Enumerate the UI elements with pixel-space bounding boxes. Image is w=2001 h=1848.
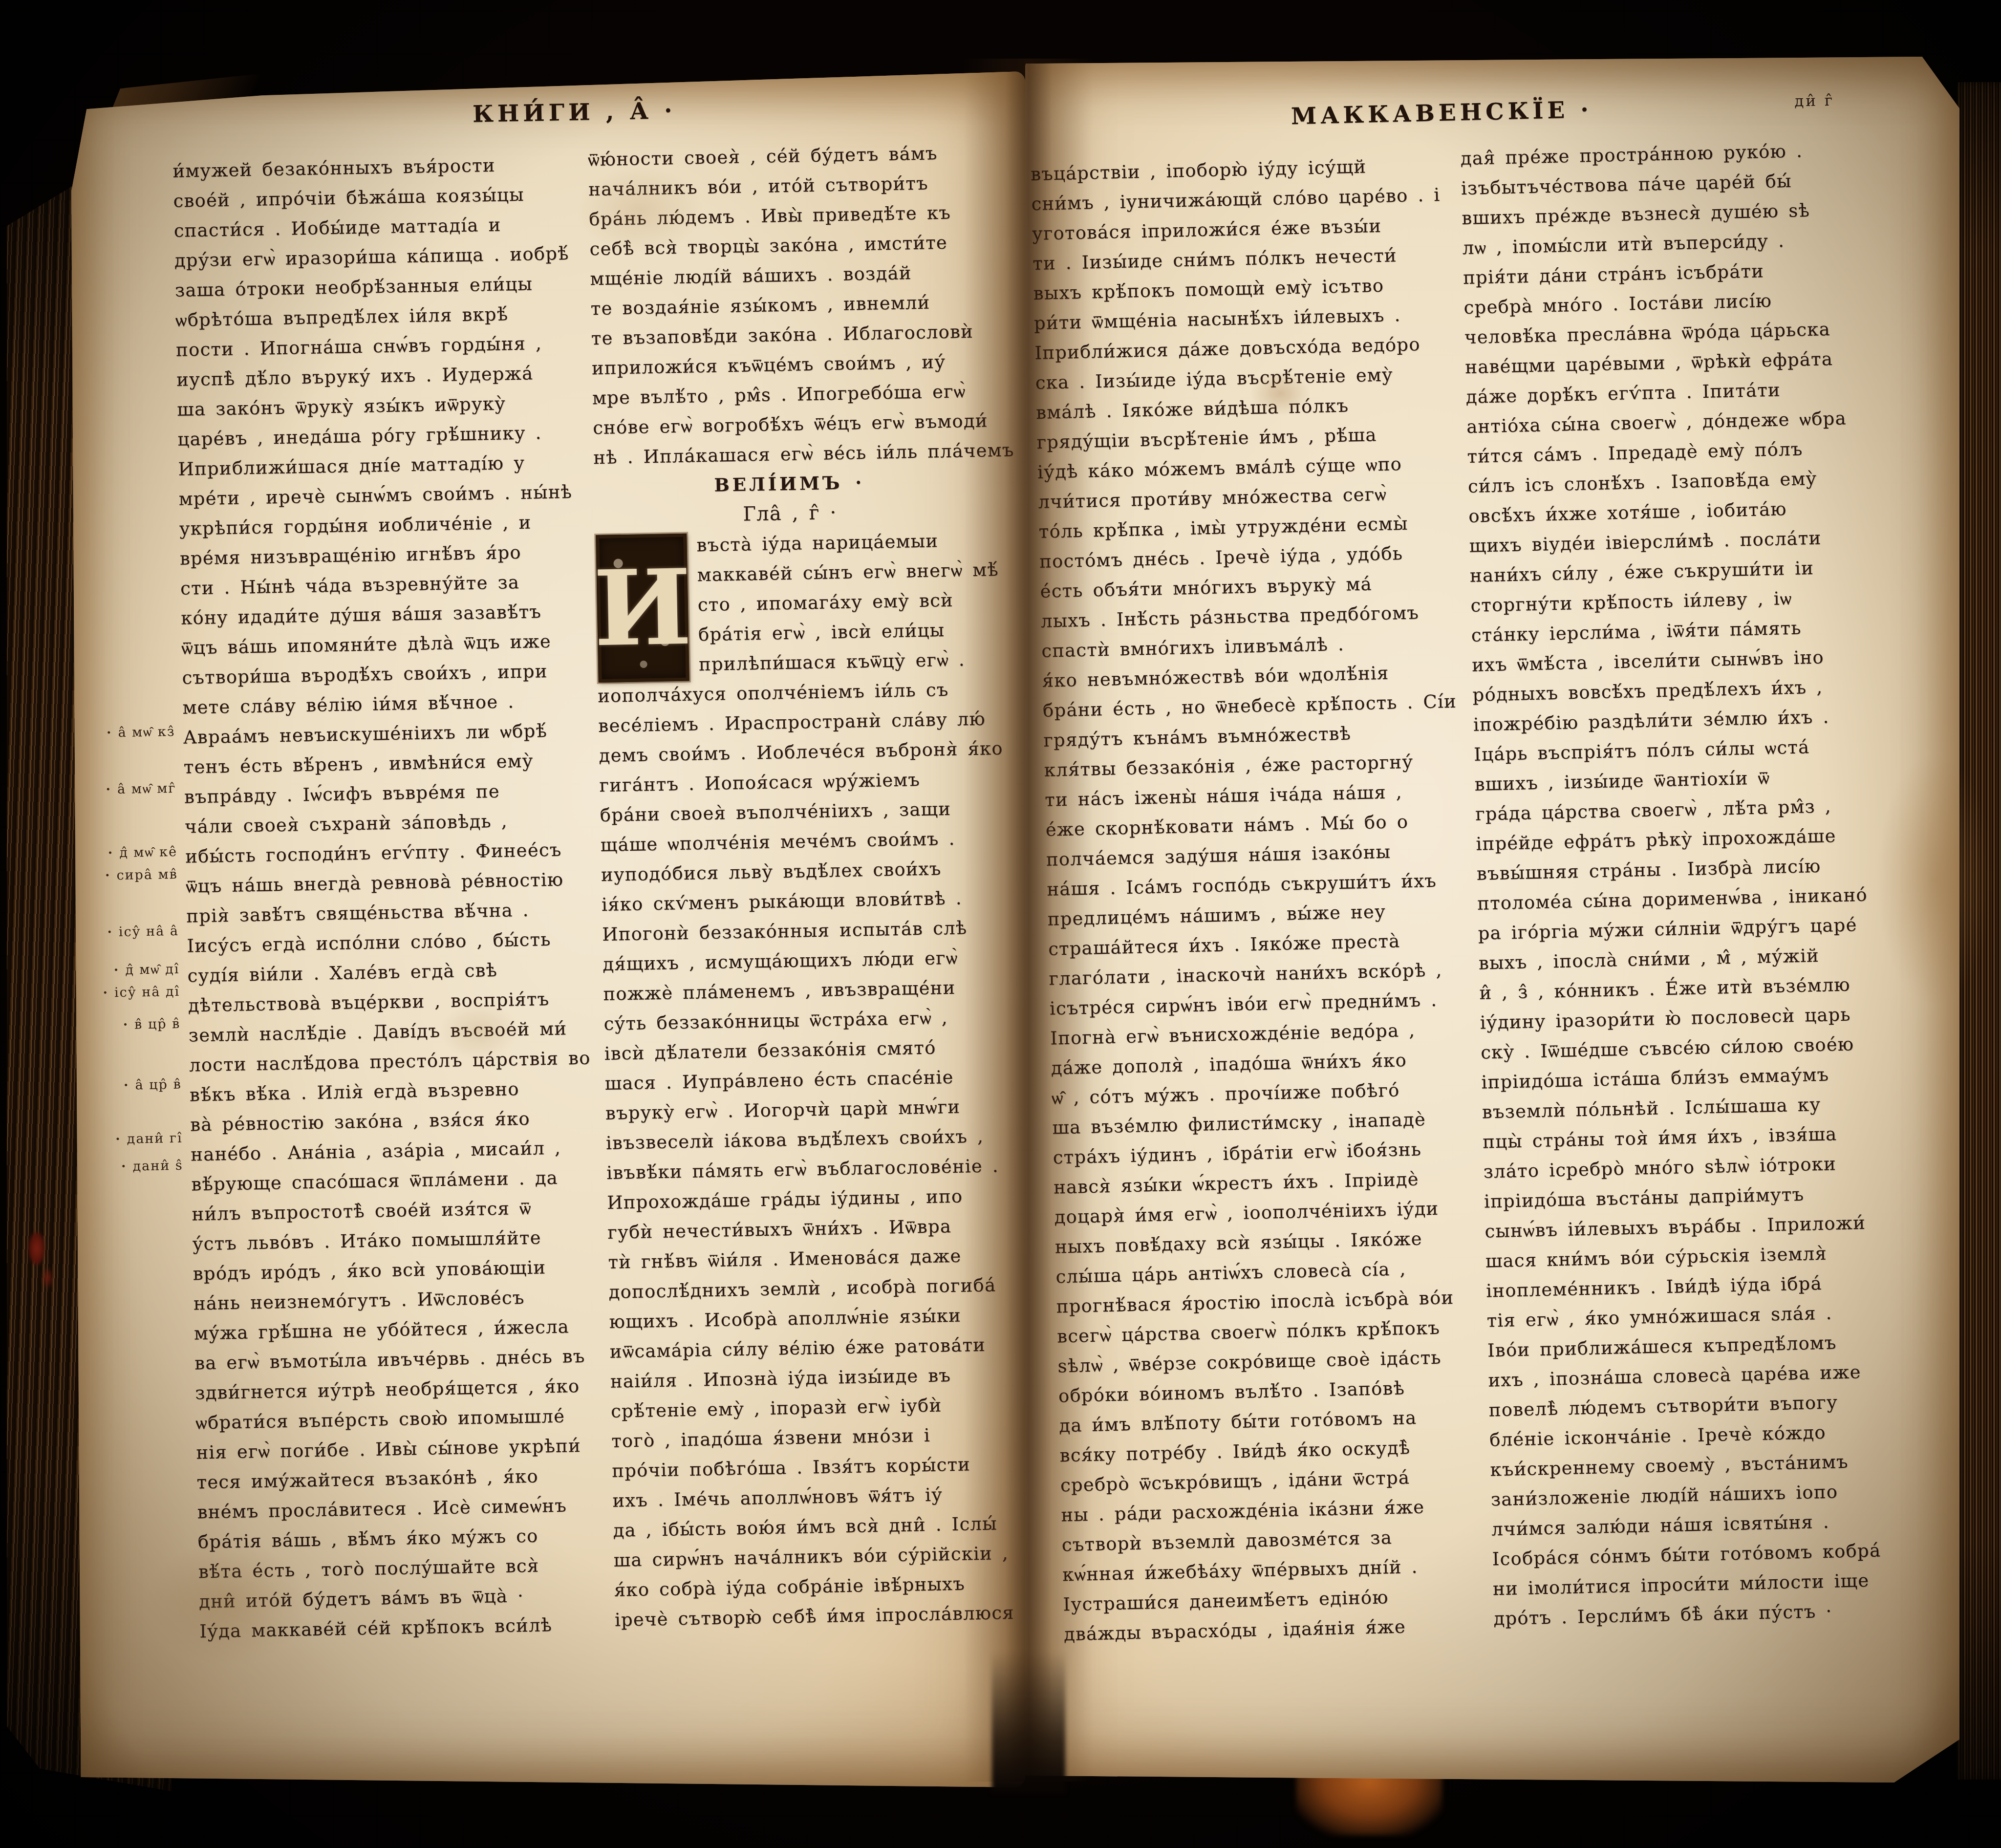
photograph-of-open-book: КНИ́ГИ , А̂ · а̂ мѡ̂ кз̂ а̂ мѡ̂ мг̂ д̂ м… [0, 0, 2001, 1848]
folio-number: ди̂ г̂ [1794, 92, 1835, 110]
running-title-right: МАККАВЕНСКЇЕ · [1148, 93, 1735, 133]
right-page-content: МАККАВЕНСКЇЕ · ди̂ г̂ въца́рствіи , іпоб… [1006, 46, 1979, 1793]
left-page: КНИ́ГИ , А̂ · а̂ мѡ̂ кз̂ а̂ мѡ̂ мг̂ д̂ м… [71, 71, 1025, 1787]
initial-letter-glyph: И [593, 556, 692, 661]
left-page-content: КНИ́ГИ , А̂ · а̂ мѡ̂ кз̂ а̂ мѡ̂ мг̂ д̂ м… [56, 63, 1041, 1796]
red-wax-mark [28, 1231, 45, 1266]
red-wax-mark [41, 1267, 54, 1289]
decorative-initial-letter: И [596, 534, 689, 683]
right-page: МАККАВЕНСКЇЕ · ди̂ г̂ въца́рствіи , іпоб… [1025, 57, 1959, 1783]
margin-note: ісу̂ на̂ а̂ [73, 924, 179, 941]
text-line: маккаве́й сы́нъ егѡ̀ внегѡ̀ мѣ́ [697, 555, 987, 590]
text-column-2: ѿю́ности своея̀ , се́й бу́детъ ва́мънача… [588, 138, 1006, 1635]
margin-note: д̂ мѡ̂ ке̂ [72, 844, 178, 861]
margin-note: а̂ мѡ̂ мг̂ [70, 781, 176, 798]
text-line: бра́тія егѡ̀ , івсѝ ели́цы [698, 614, 988, 649]
margin-note: д̂ мѡ̂ ді̂ [74, 962, 180, 979]
margin-note: дани̂ ѕ̂ [77, 1158, 183, 1175]
chapter-opening-paragraph: И въста̀ іу́да нарица́емыимаккаве́й сы́н… [595, 525, 988, 681]
text-column-4: дая̂ пре́же простра́нною руко́ю .ізъбытъ… [1460, 135, 1889, 1634]
book-fore-edge-right [1957, 82, 2001, 1780]
margin-note: ісу̂ на̂ ді̂ [74, 984, 180, 1001]
text-column-1: и́мужей безако́нныхъ въя́ростисвое́й , и… [172, 149, 591, 1646]
margin-note: сира̂ мв̂ [72, 867, 178, 884]
running-title-left: КНИ́ГИ , А̂ · [281, 94, 868, 131]
margin-note: а̂ цр̂ в̂ [76, 1077, 182, 1094]
text-line: въста̀ іу́да нарица́емыи [696, 525, 986, 560]
text-column-3: въца́рствіи , іпоборю̀ іу́ду ісу́щйсни́м… [1030, 150, 1459, 1650]
column-2-lower-lines: иополча́хуся ополче́ніемъ іи́ль съвесе́л… [598, 674, 1006, 1634]
margin-note: а̂ мѡ̂ кз̂ [69, 724, 175, 741]
text-line: прилѣпи́шася къѿцу̀ егѡ̀ . [699, 644, 989, 679]
margin-note: в̂ цр̂ в̂ [75, 1016, 181, 1033]
margin-note: дани̂ гі̂ [77, 1131, 183, 1148]
text-line: сто , ипомага́ху ему̀ всѝ [697, 584, 987, 620]
column-2-upper-lines: ѿю́ности своея̀ , се́й бу́детъ ва́мънача… [588, 138, 985, 473]
